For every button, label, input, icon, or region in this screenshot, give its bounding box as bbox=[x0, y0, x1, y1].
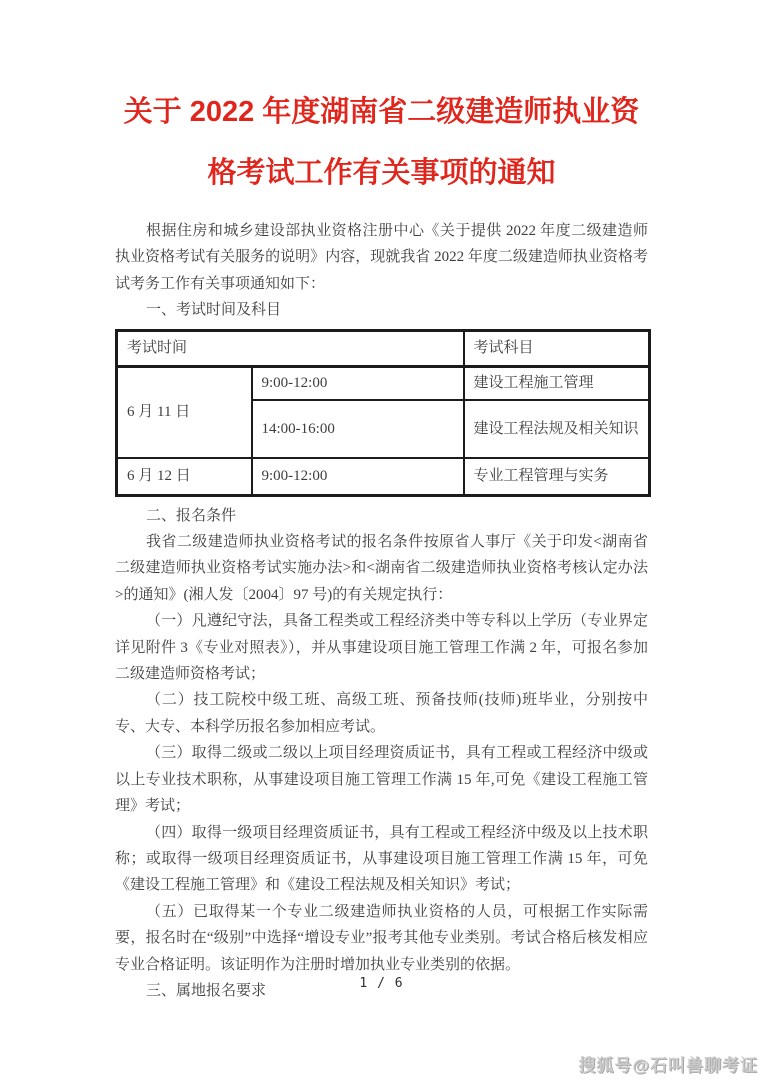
section-1-heading: 一、考试时间及科目 bbox=[115, 297, 648, 323]
intro-paragraph: 根据住房和城乡建设部执业资格注册中心《关于提供 2022 年度二级建造师执业资格… bbox=[115, 218, 648, 297]
page-number: 1 / 6 bbox=[0, 976, 763, 991]
exam-date-cell-day2: 6 月 12 日 bbox=[117, 458, 252, 496]
exam-date-cell-day1: 6 月 11 日 bbox=[117, 366, 252, 458]
exam-subject-header-cell: 考试科目 bbox=[464, 330, 650, 366]
exam-time-cell-day2-am: 9:00-12:00 bbox=[252, 458, 464, 496]
exam-time-cell-day1-am: 9:00-12:00 bbox=[252, 366, 464, 400]
document-body: 根据住房和城乡建设部执业资格注册中心《关于提供 2022 年度二级建造师执业资格… bbox=[115, 218, 648, 1004]
exam-schedule-table: 考试时间 考试科目 6 月 11 日 9:00-12:00 建设工程施工管理 1… bbox=[115, 329, 651, 497]
exam-subject-cell-day2-am: 专业工程管理与实务 bbox=[464, 458, 650, 496]
condition-item-3: （三）取得二级或二级以上项目经理资质证书，具有工程或工程经济中级或以上专业技术职… bbox=[115, 740, 648, 819]
condition-item-2: （二）技工院校中级工班、高级工班、预备技师(技师)班毕业，分别按中专、大专、本科… bbox=[115, 687, 648, 740]
exam-time-header-cell: 考试时间 bbox=[117, 330, 464, 366]
table-row: 6 月 12 日 9:00-12:00 专业工程管理与实务 bbox=[117, 458, 650, 496]
document-title-line1: 关于 2022 年度湖南省二级建造师执业资 bbox=[60, 82, 703, 143]
condition-item-4: （四）取得一级项目经理资质证书，具有工程或工程经济中级及以上技术职称；或取得一级… bbox=[115, 820, 648, 899]
watermark: 搜狐号@石叫兽聊考证 bbox=[578, 1051, 758, 1076]
section-2-heading: 二、报名条件 bbox=[115, 503, 648, 529]
document-title: 关于 2022 年度湖南省二级建造师执业资 格考试工作有关事项的通知 bbox=[60, 82, 703, 204]
exam-subject-cell-day1-pm: 建设工程法规及相关知识 bbox=[464, 400, 650, 458]
condition-item-5: （五）已取得某一个专业二级建造师执业资格的人员，可根据工作实际需要，报名时在“级… bbox=[115, 899, 648, 978]
conditions-lead-paragraph: 我省二级建造师执业资格考试的报名条件按原省人事厅《关于印发<湖南省二级建造师执业… bbox=[115, 529, 648, 608]
condition-item-1: （一）凡遵纪守法，具备工程类或工程经济类中等专科以上学历（专业界定详见附件 3《… bbox=[115, 608, 648, 687]
document-page: 关于 2022 年度湖南省二级建造师执业资 格考试工作有关事项的通知 根据住房和… bbox=[0, 0, 763, 1080]
page-number-text: 1 / 6 bbox=[359, 976, 403, 991]
exam-subject-cell-day1-am: 建设工程施工管理 bbox=[464, 366, 650, 400]
exam-table-header-row: 考试时间 考试科目 bbox=[117, 330, 650, 366]
document-title-line2: 格考试工作有关事项的通知 bbox=[60, 143, 703, 204]
exam-time-cell-day1-pm: 14:00-16:00 bbox=[252, 400, 464, 458]
table-row: 6 月 11 日 9:00-12:00 建设工程施工管理 bbox=[117, 366, 650, 400]
